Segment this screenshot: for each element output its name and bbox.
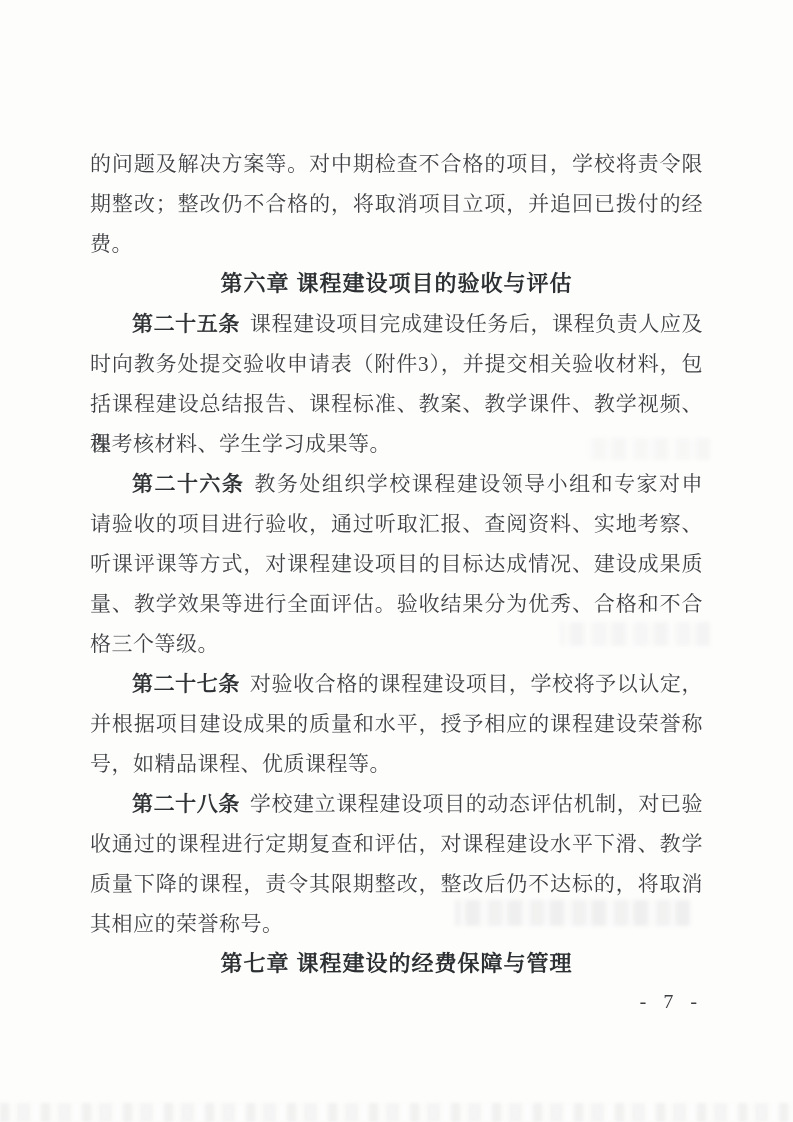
text-line: 第二十五条课程建设项目完成建设任务后，课程负责人应及	[90, 304, 703, 344]
text-line: 第二十六条教务处组织学校课程建设领导小组和专家对申	[90, 464, 703, 504]
article-28-text: 学校建立课程建设项目的动态评估机制，对已验	[250, 792, 703, 816]
text-line: 量、教学效果等进行全面评估。验收结果分为优秀、合格和不合	[90, 584, 703, 624]
article-26-paragraph: 第二十六条教务处组织学校课程建设领导小组和专家对申 请验收的项目进行验收，通过听…	[90, 464, 703, 664]
text-body: 的问题及解决方案等。对中期检查不合格的项目，学校将责令限 期整改；整改仍不合格的…	[90, 144, 703, 984]
text-line: 第二十七条对验收合格的课程建设项目，学校将予以认定，	[90, 664, 703, 704]
text-line: 号，如精品课程、优质课程等。	[90, 744, 703, 784]
article-26-text: 教务处组织学校课程建设领导小组和专家对申	[254, 472, 703, 496]
text-line: 第二十八条学校建立课程建设项目的动态评估机制，对已验	[90, 784, 703, 824]
article-25-paragraph: 第二十五条课程建设项目完成建设任务后，课程负责人应及 时向教务处提交验收申请表（…	[90, 304, 703, 464]
article-25-number: 第二十五条	[132, 313, 240, 336]
text-line: 程考核材料、学生学习成果等。	[90, 424, 703, 464]
text-line: 时向教务处提交验收申请表（附件3），并提交相关验收材料，包	[90, 344, 703, 384]
text-line: 括课程建设总结报告、课程标准、教案、教学课件、教学视频、课	[90, 384, 703, 424]
article-27-text: 对验收合格的课程建设项目，学校将予以认定，	[250, 672, 703, 696]
chapter-6-heading: 第六章 课程建设项目的验收与评估	[90, 264, 703, 304]
article-28-number: 第二十八条	[132, 793, 240, 816]
text-line: 收通过的课程进行定期复查和评估，对课程建设水平下滑、教学	[90, 824, 703, 864]
text-line: 费。	[90, 224, 703, 264]
paragraph-continuation: 的问题及解决方案等。对中期检查不合格的项目，学校将责令限 期整改；整改仍不合格的…	[90, 144, 703, 264]
text-line: 请验收的项目进行验收，通过听取汇报、查阅资料、实地考察、	[90, 504, 703, 544]
chapter-7-heading: 第七章 课程建设的经费保障与管理	[90, 944, 703, 984]
scan-noise-strip	[0, 1103, 793, 1122]
article-28-paragraph: 第二十八条学校建立课程建设项目的动态评估机制，对已验 收通过的课程进行定期复查和…	[90, 784, 703, 944]
text-line: 的问题及解决方案等。对中期检查不合格的项目，学校将责令限	[90, 144, 703, 184]
article-25-text: 课程建设项目完成建设任务后，课程负责人应及	[250, 312, 703, 336]
text-line: 质量下降的课程，责令其限期整改，整改后仍不达标的，将取消	[90, 864, 703, 904]
text-line: 期整改；整改仍不合格的，将取消项目立项，并追回已拨付的经	[90, 184, 703, 224]
document-page: 的问题及解决方案等。对中期检查不合格的项目，学校将责令限 期整改；整改仍不合格的…	[0, 0, 793, 1122]
article-26-number: 第二十六条	[132, 473, 244, 496]
text-line: 格三个等级。	[90, 624, 703, 664]
article-27-paragraph: 第二十七条对验收合格的课程建设项目，学校将予以认定， 并根据项目建设成果的质量和…	[90, 664, 703, 784]
page-number: - 7 -	[640, 991, 703, 1014]
text-line: 其相应的荣誉称号。	[90, 904, 703, 944]
text-line: 听课评课等方式，对课程建设项目的目标达成情况、建设成果质	[90, 544, 703, 584]
article-27-number: 第二十七条	[132, 673, 240, 696]
text-line: 并根据项目建设成果的质量和水平，授予相应的课程建设荣誉称	[90, 704, 703, 744]
